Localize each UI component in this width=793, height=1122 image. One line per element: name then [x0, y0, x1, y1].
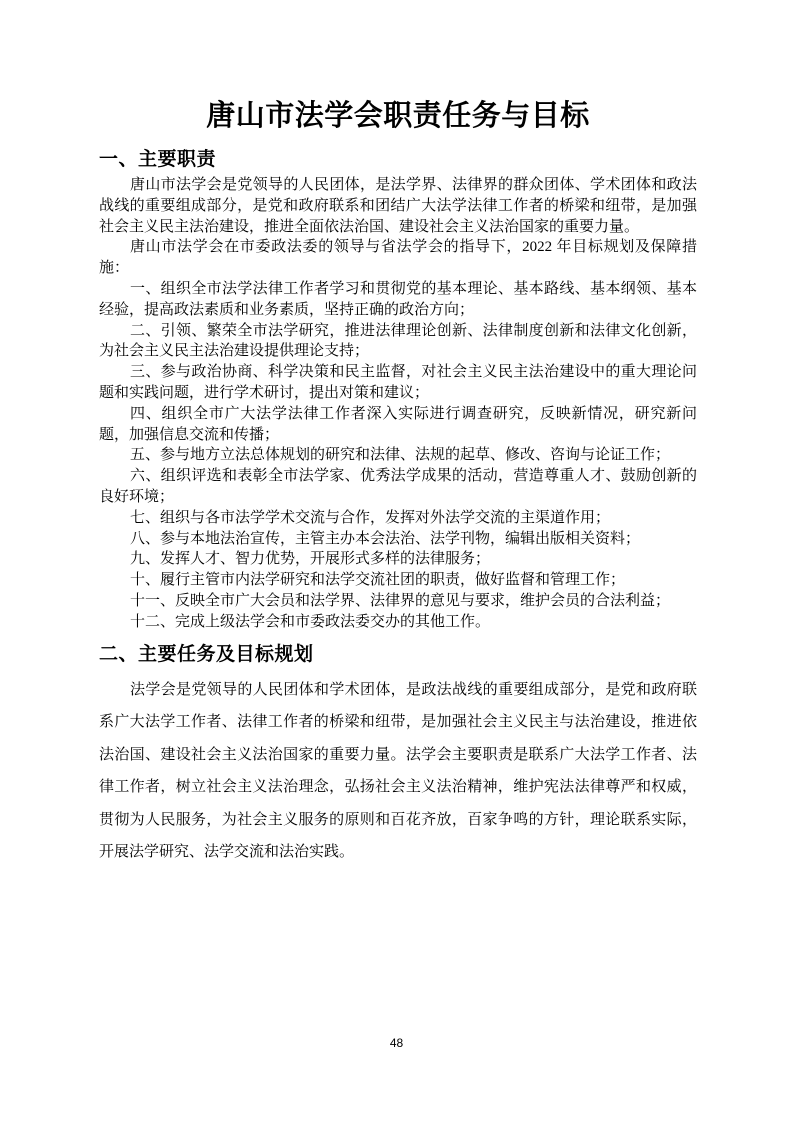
list-item-paragraph: 九、发挥人才、智力优势，开展形式多样的法律服务；	[99, 549, 697, 570]
list-item-paragraph: 八、参与本地法治宣传，主管主办本会法治、法学刊物，编辑出版相关资料；	[99, 529, 697, 550]
list-item-paragraph: 三、参与政治协商、科学决策和民主监督，对社会主义民主法治建设中的重大理论问题和实…	[99, 362, 697, 404]
list-item-paragraph: 四、组织全市广大法学法律工作者深入实际进行调查研究，反映新情况，研究新问题，加强…	[99, 404, 697, 446]
document-page: 唐山市法学会职责任务与目标 一、主要职责 唐山市法学会是党领导的人民团体，是法学…	[0, 0, 793, 1122]
list-item-paragraph: 五、参与地方立法总体规划的研究和法律、法规的起草、修改、咨询与论证工作；	[99, 445, 697, 466]
list-item-paragraph: 二、引领、繁荣全市法学研究，推进法律理论创新、法律制度创新和法律文化创新，为社会…	[99, 321, 697, 363]
page-number: 48	[0, 1036, 793, 1050]
list-item-paragraph: 十、履行主管市内法学研究和法学交流社团的职责，做好监督和管理工作；	[99, 570, 697, 591]
list-item-paragraph: 六、组织评选和表彰全市法学家、优秀法学成果的活动，营造尊重人才、鼓励创新的良好环…	[99, 466, 697, 508]
list-item-paragraph: 一、组织全市法学法律工作者学习和贯彻党的基本理论、基本路线、基本纲领、基本经验，…	[99, 279, 697, 321]
document-title: 唐山市法学会职责任务与目标	[99, 0, 697, 134]
document-body: 唐山市法学会职责任务与目标 一、主要职责 唐山市法学会是党领导的人民团体，是法学…	[99, 0, 697, 869]
list-item-paragraph: 十一、反映全市广大会员和法学界、法律界的意见与要求，维护会员的合法利益；	[99, 591, 697, 612]
section-1-heading: 一、主要职责	[99, 148, 697, 171]
list-item-paragraph: 七、组织与各市法学学术交流与合作，发挥对外法学交流的主渠道作用；	[99, 508, 697, 529]
section-2-heading: 二、主要任务及目标规划	[99, 643, 697, 666]
list-item-paragraph: 十二、完成上级法学会和市委政法委交办的其他工作。	[99, 612, 697, 633]
body-paragraph: 法学会是党领导的人民团体和学术团体，是政法战线的重要组成部分，是党和政府联系广大…	[99, 674, 697, 869]
body-paragraph: 唐山市法学会是党领导的人民团体，是法学界、法律界的群众团体、学术团体和政法战线的…	[99, 175, 697, 237]
body-paragraph: 唐山市法学会在市委政法委的领导与省法学会的指导下，2022 年目标规划及保障措施…	[99, 237, 697, 279]
